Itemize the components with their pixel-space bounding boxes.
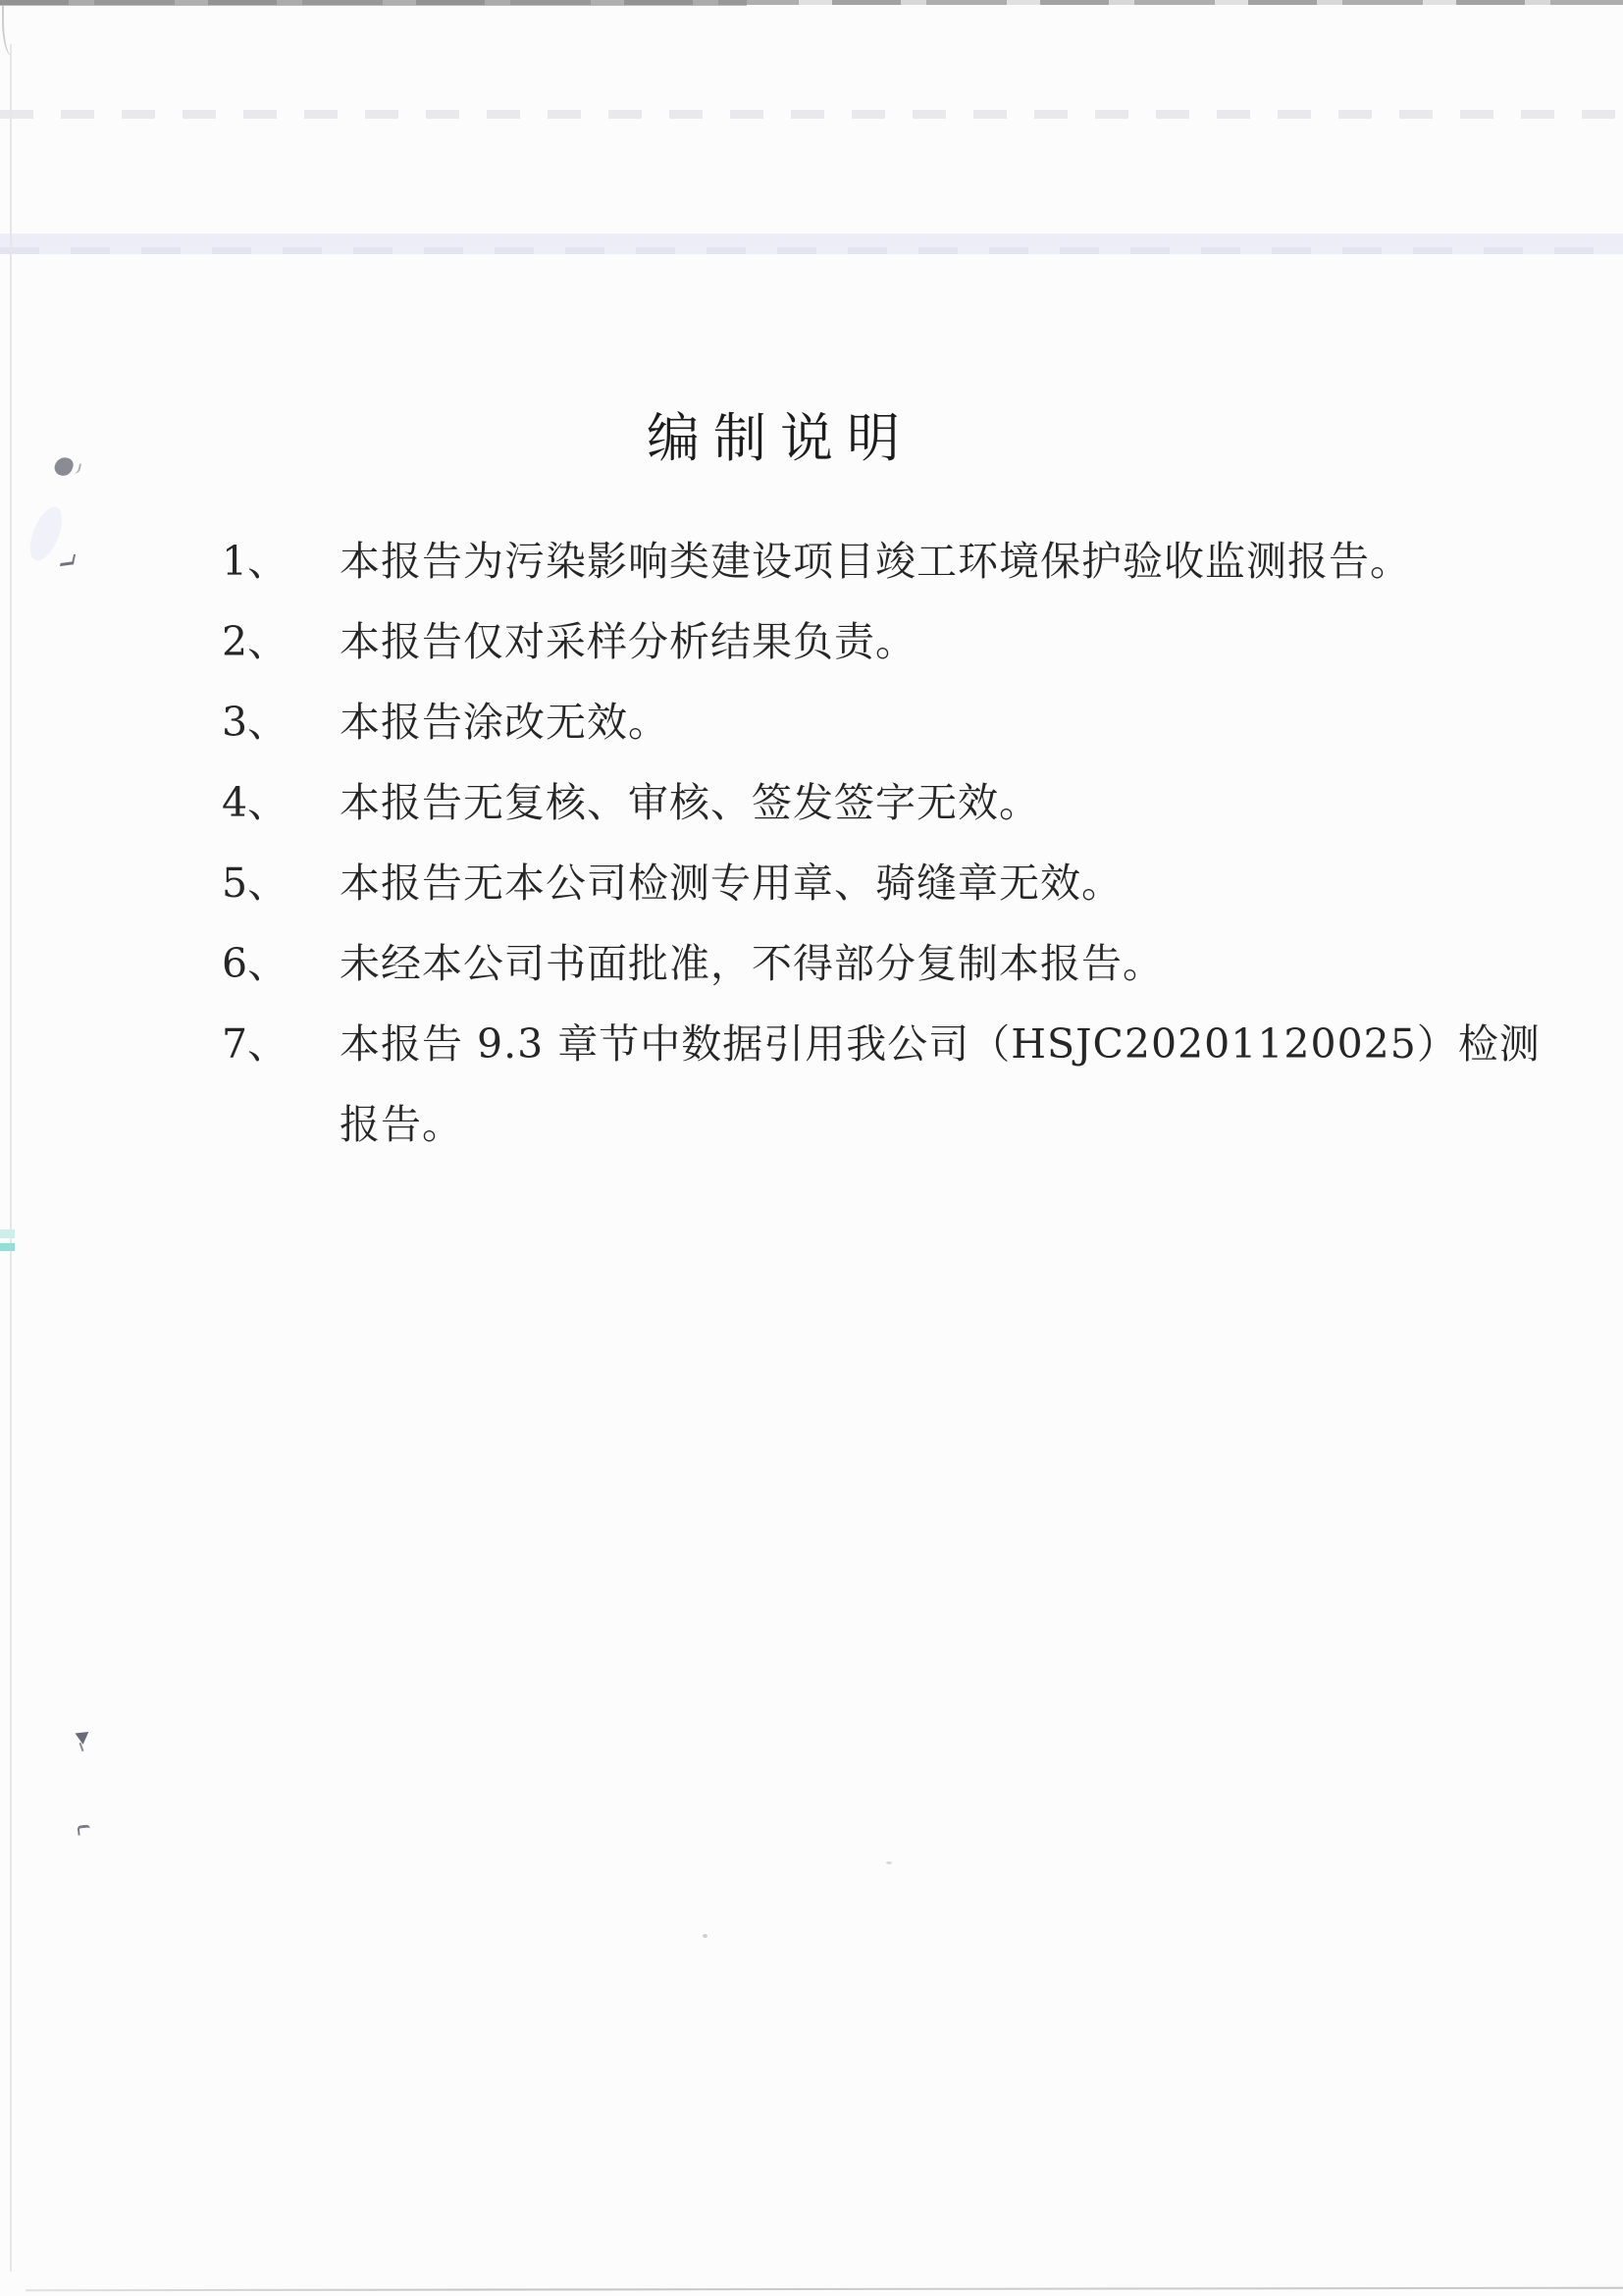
cyan-edge-mark	[0, 1243, 15, 1251]
list-item-continuation: 报告。	[222, 1080, 1564, 1161]
page-title: 编制说明	[0, 396, 1592, 472]
item-text: 本报告为污染影响类建设项目竣工环境保护验收监测报告。	[340, 529, 1411, 587]
item-number: 5、	[222, 851, 340, 909]
item-text: 报告。	[340, 1092, 463, 1150]
scan-top-edge-dark-segment	[0, 0, 747, 6]
item-number: 7、	[222, 1012, 340, 1070]
list-item: 5、 本报告无本公司检测专用章、骑缝章无效。	[222, 839, 1564, 919]
cyan-edge-mark-light	[0, 1229, 15, 1238]
scan-lavender-band-dashes	[0, 247, 1623, 254]
scan-dashed-line-artifact	[0, 110, 1623, 119]
item-text: 本报告仅对采样分析结果负责。	[340, 609, 916, 667]
item-number: 6、	[222, 931, 340, 989]
dust-speck	[703, 1934, 707, 1938]
item-text: 本报告无复核、审核、签发签字无效。	[340, 770, 1040, 828]
scan-left-edge-line	[10, 44, 12, 2271]
small-ink-check-mark	[60, 554, 76, 566]
small-ink-mark	[78, 1824, 91, 1835]
item-number: 2、	[222, 609, 340, 667]
item-number: 4、	[222, 770, 340, 828]
scanned-report-page: { "document": { "title": "编制说明", "items"…	[0, 0, 1623, 2296]
list-item: 7、 本报告 9.3 章节中数据引用我公司（HSJC20201120025）检测	[222, 1000, 1564, 1080]
list-item: 2、 本报告仅对采样分析结果负责。	[222, 598, 1564, 678]
item-text: 本报告无本公司检测专用章、骑缝章无效。	[340, 851, 1123, 909]
notes-list: 1、 本报告为污染影响类建设项目竣工环境保护验收监测报告。 2、 本报告仅对采样…	[222, 517, 1564, 1161]
list-item: 4、 本报告无复核、审核、签发签字无效。	[222, 758, 1564, 839]
item-text: 未经本公司书面批准，不得部分复制本报告。	[340, 931, 1164, 989]
list-item: 3、 本报告涂改无效。	[222, 678, 1564, 758]
item-text: 本报告涂改无效。	[340, 690, 669, 748]
scan-lavender-band-artifact	[0, 234, 1623, 247]
list-item: 1、 本报告为污染影响类建设项目竣工环境保护验收监测报告。	[222, 517, 1564, 598]
item-number: 3、	[222, 690, 340, 748]
scan-bottom-edge-line	[26, 2287, 1623, 2292]
dust-speck	[886, 1861, 892, 1864]
item-number: 1、	[222, 529, 340, 587]
item-text: 本报告 9.3 章节中数据引用我公司（HSJC20201120025）检测	[340, 1012, 1541, 1070]
list-item: 6、 未经本公司书面批准，不得部分复制本报告。	[222, 919, 1564, 1000]
